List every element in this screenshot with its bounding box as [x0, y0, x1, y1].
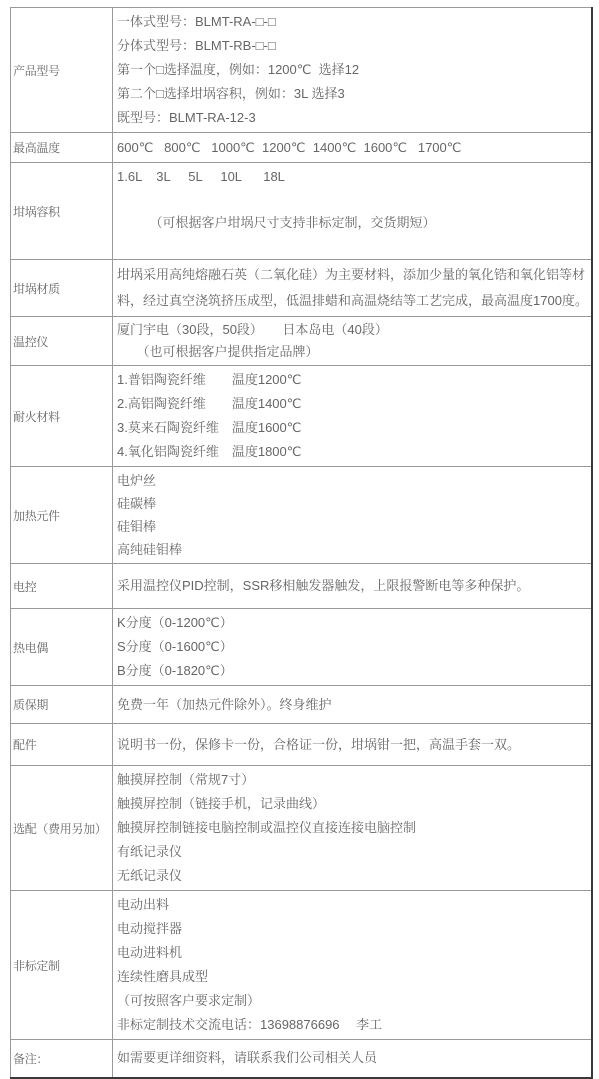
- spec-row-crucible-volume: 坩埚容积 1.6L 3L 5L 10L 18L （可根据客户坩埚尺寸支持非标定制…: [11, 163, 593, 260]
- row-content: 1.普铝陶瓷纤维 温度1200℃ 2.高铝陶瓷纤维 温度1400℃ 3.莫来石陶…: [113, 366, 593, 467]
- spec-line: B分度（0-1820℃）: [117, 659, 589, 683]
- row-content: 触摸屏控制（常规7寸） 触摸屏控制（链接手机，记录曲线） 触摸屏控制链接电脑控制…: [113, 766, 593, 891]
- spec-row-temperature-controller: 温控仪 厦门宇电（30段，50段） 日本岛电（40段） （也可根据客户提供指定品…: [11, 317, 593, 366]
- row-label: 坩埚材质: [11, 260, 113, 317]
- spec-line: 如需要更详细资料，请联系我们公司相关人员: [117, 1046, 589, 1070]
- spec-row-custom-nonstandard: 非标定制 电动出料 电动搅拌器 电动进料机 连续性磨具成型 （可按照客户要求定制…: [11, 891, 593, 1040]
- spec-line: 硅碳棒: [117, 492, 589, 515]
- spec-line: 触摸屏控制（链接手机，记录曲线）: [117, 792, 589, 816]
- spec-line: [117, 188, 589, 211]
- spec-line: 非标定制技术交流电话：13698876696 李工: [117, 1013, 589, 1037]
- spec-line: 厦门宇电（30段，50段） 日本岛电（40段）: [117, 319, 589, 341]
- spec-line: 1.普铝陶瓷纤维 温度1200℃: [117, 368, 589, 392]
- spec-line: 触摸屏控制（常规7寸）: [117, 768, 589, 792]
- row-label: 温控仪: [11, 317, 113, 366]
- row-label: 热电偶: [11, 609, 113, 686]
- spec-line: 电动进料机: [117, 941, 589, 965]
- spec-row-thermocouple: 热电偶 K分度（0-1200℃） S分度（0-1600℃） B分度（0-1820…: [11, 609, 593, 686]
- row-content: 1.6L 3L 5L 10L 18L （可根据客户坩埚尺寸支持非标定制，交货期短…: [113, 163, 593, 260]
- spec-line: 第二个□选择坩埚容积，例如：3L 选择3: [117, 82, 589, 106]
- spec-line: 600℃ 800℃ 1000℃ 1200℃ 1400℃ 1600℃ 1700℃: [117, 136, 589, 160]
- spec-line: 硅钼棒: [117, 515, 589, 538]
- spec-line: 1.6L 3L 5L 10L 18L: [117, 165, 589, 188]
- row-content: 坩埚采用高纯熔融石英（二氧化硅）为主要材料，添加少量的氧化锆和氧化铝等材料，经过…: [113, 260, 593, 317]
- spec-line: 2.高铝陶瓷纤维 温度1400℃: [117, 392, 589, 416]
- row-label: 备注：: [11, 1040, 113, 1078]
- spec-line: 免费一年（加热元件除外）。终身维护: [117, 693, 589, 717]
- spec-line: 无纸记录仪: [117, 864, 589, 888]
- spec-line: 说明书一份，保修卡一份，合格证一份，坩埚钳一把，高温手套一双。: [117, 733, 589, 757]
- spec-line: （可根据客户坩埚尺寸支持非标定制，交货期短）: [117, 211, 589, 234]
- spec-line: 一体式型号：BLMT-RA-□-□: [117, 10, 589, 34]
- row-content: K分度（0-1200℃） S分度（0-1600℃） B分度（0-1820℃）: [113, 609, 593, 686]
- spec-line: K分度（0-1200℃）: [117, 611, 589, 635]
- spec-row-accessories: 配件 说明书一份，保修卡一份，合格证一份，坩埚钳一把，高温手套一双。: [11, 724, 593, 766]
- spec-line: 连续性磨具成型: [117, 965, 589, 989]
- spec-row-warranty: 质保期 免费一年（加热元件除外）。终身维护: [11, 686, 593, 724]
- spec-line: [117, 234, 589, 257]
- spec-row-max-temperature: 最高温度 600℃ 800℃ 1000℃ 1200℃ 1400℃ 1600℃ 1…: [11, 133, 593, 163]
- row-label: 耐火材料: [11, 366, 113, 467]
- row-content: 说明书一份，保修卡一份，合格证一份，坩埚钳一把，高温手套一双。: [113, 724, 593, 766]
- spec-line: 高纯硅钼棒: [117, 538, 589, 561]
- spec-line: 有纸记录仪: [117, 840, 589, 864]
- row-content: 电动出料 电动搅拌器 电动进料机 连续性磨具成型 （可按照客户要求定制） 非标定…: [113, 891, 593, 1040]
- row-label: 坩埚容积: [11, 163, 113, 260]
- spec-line: 3.莫来石陶瓷纤维 温度1600℃: [117, 416, 589, 440]
- spec-line: 4.氧化铝陶瓷纤维 温度1800℃: [117, 440, 589, 464]
- spec-row-crucible-material: 坩埚材质 坩埚采用高纯熔融石英（二氧化硅）为主要材料，添加少量的氧化锆和氧化铝等…: [11, 260, 593, 317]
- row-label: 非标定制: [11, 891, 113, 1040]
- row-content: 免费一年（加热元件除外）。终身维护: [113, 686, 593, 724]
- row-content: 一体式型号：BLMT-RA-□-□ 分体式型号：BLMT-RB-□-□ 第一个□…: [113, 8, 593, 133]
- row-label: 产品型号: [11, 8, 113, 133]
- spec-line: 坩埚采用高纯熔融石英（二氧化硅）为主要材料，添加少量的氧化锆和氧化铝等材料，经过…: [117, 262, 589, 314]
- spec-row-heating-element: 加热元件 电炉丝 硅碳棒 硅钼棒 高纯硅钼棒: [11, 467, 593, 564]
- spec-line: 第一个□选择温度，例如：1200℃ 选择12: [117, 58, 589, 82]
- spec-row-remarks: 备注： 如需要更详细资料，请联系我们公司相关人员: [11, 1040, 593, 1078]
- page: 产品型号 一体式型号：BLMT-RA-□-□ 分体式型号：BLMT-RB-□-□…: [0, 0, 599, 1079]
- spec-line: （可按照客户要求定制）: [117, 989, 589, 1013]
- spec-row-optional-extras: 选配（费用另加） 触摸屏控制（常规7寸） 触摸屏控制（链接手机，记录曲线） 触摸…: [11, 766, 593, 891]
- spec-line: 电炉丝: [117, 469, 589, 492]
- row-content: 600℃ 800℃ 1000℃ 1200℃ 1400℃ 1600℃ 1700℃: [113, 133, 593, 163]
- row-label: 质保期: [11, 686, 113, 724]
- row-label: 选配（费用另加）: [11, 766, 113, 891]
- row-content: 如需要更详细资料，请联系我们公司相关人员: [113, 1040, 593, 1078]
- spec-line: 触摸屏控制链接电脑控制或温控仪直接连接电脑控制: [117, 816, 589, 840]
- spec-line: 采用温控仪PID控制，SSR移相触发器触发，上限报警断电等多种保护。: [117, 574, 589, 598]
- row-content: 采用温控仪PID控制，SSR移相触发器触发，上限报警断电等多种保护。: [113, 564, 593, 609]
- spec-line: S分度（0-1600℃）: [117, 635, 589, 659]
- row-label: 电控: [11, 564, 113, 609]
- spec-line: 电动出料: [117, 893, 589, 917]
- row-label: 配件: [11, 724, 113, 766]
- row-content: 电炉丝 硅碳棒 硅钼棒 高纯硅钼棒: [113, 467, 593, 564]
- spec-line: 分体式型号：BLMT-RB-□-□: [117, 34, 589, 58]
- row-content: 厦门宇电（30段，50段） 日本岛电（40段） （也可根据客户提供指定品牌）: [113, 317, 593, 366]
- spec-row-product-model: 产品型号 一体式型号：BLMT-RA-□-□ 分体式型号：BLMT-RB-□-□…: [11, 8, 593, 133]
- spec-line: （也可根据客户提供指定品牌）: [117, 341, 589, 363]
- spec-line: 既型号：BLMT-RA-12-3: [117, 106, 589, 130]
- row-label: 最高温度: [11, 133, 113, 163]
- spec-row-refractory-material: 耐火材料 1.普铝陶瓷纤维 温度1200℃ 2.高铝陶瓷纤维 温度1400℃ 3…: [11, 366, 593, 467]
- row-label: 加热元件: [11, 467, 113, 564]
- spec-table: 产品型号 一体式型号：BLMT-RA-□-□ 分体式型号：BLMT-RB-□-□…: [10, 7, 593, 1079]
- spec-line: 电动搅拌器: [117, 917, 589, 941]
- spec-row-electric-control: 电控 采用温控仪PID控制，SSR移相触发器触发，上限报警断电等多种保护。: [11, 564, 593, 609]
